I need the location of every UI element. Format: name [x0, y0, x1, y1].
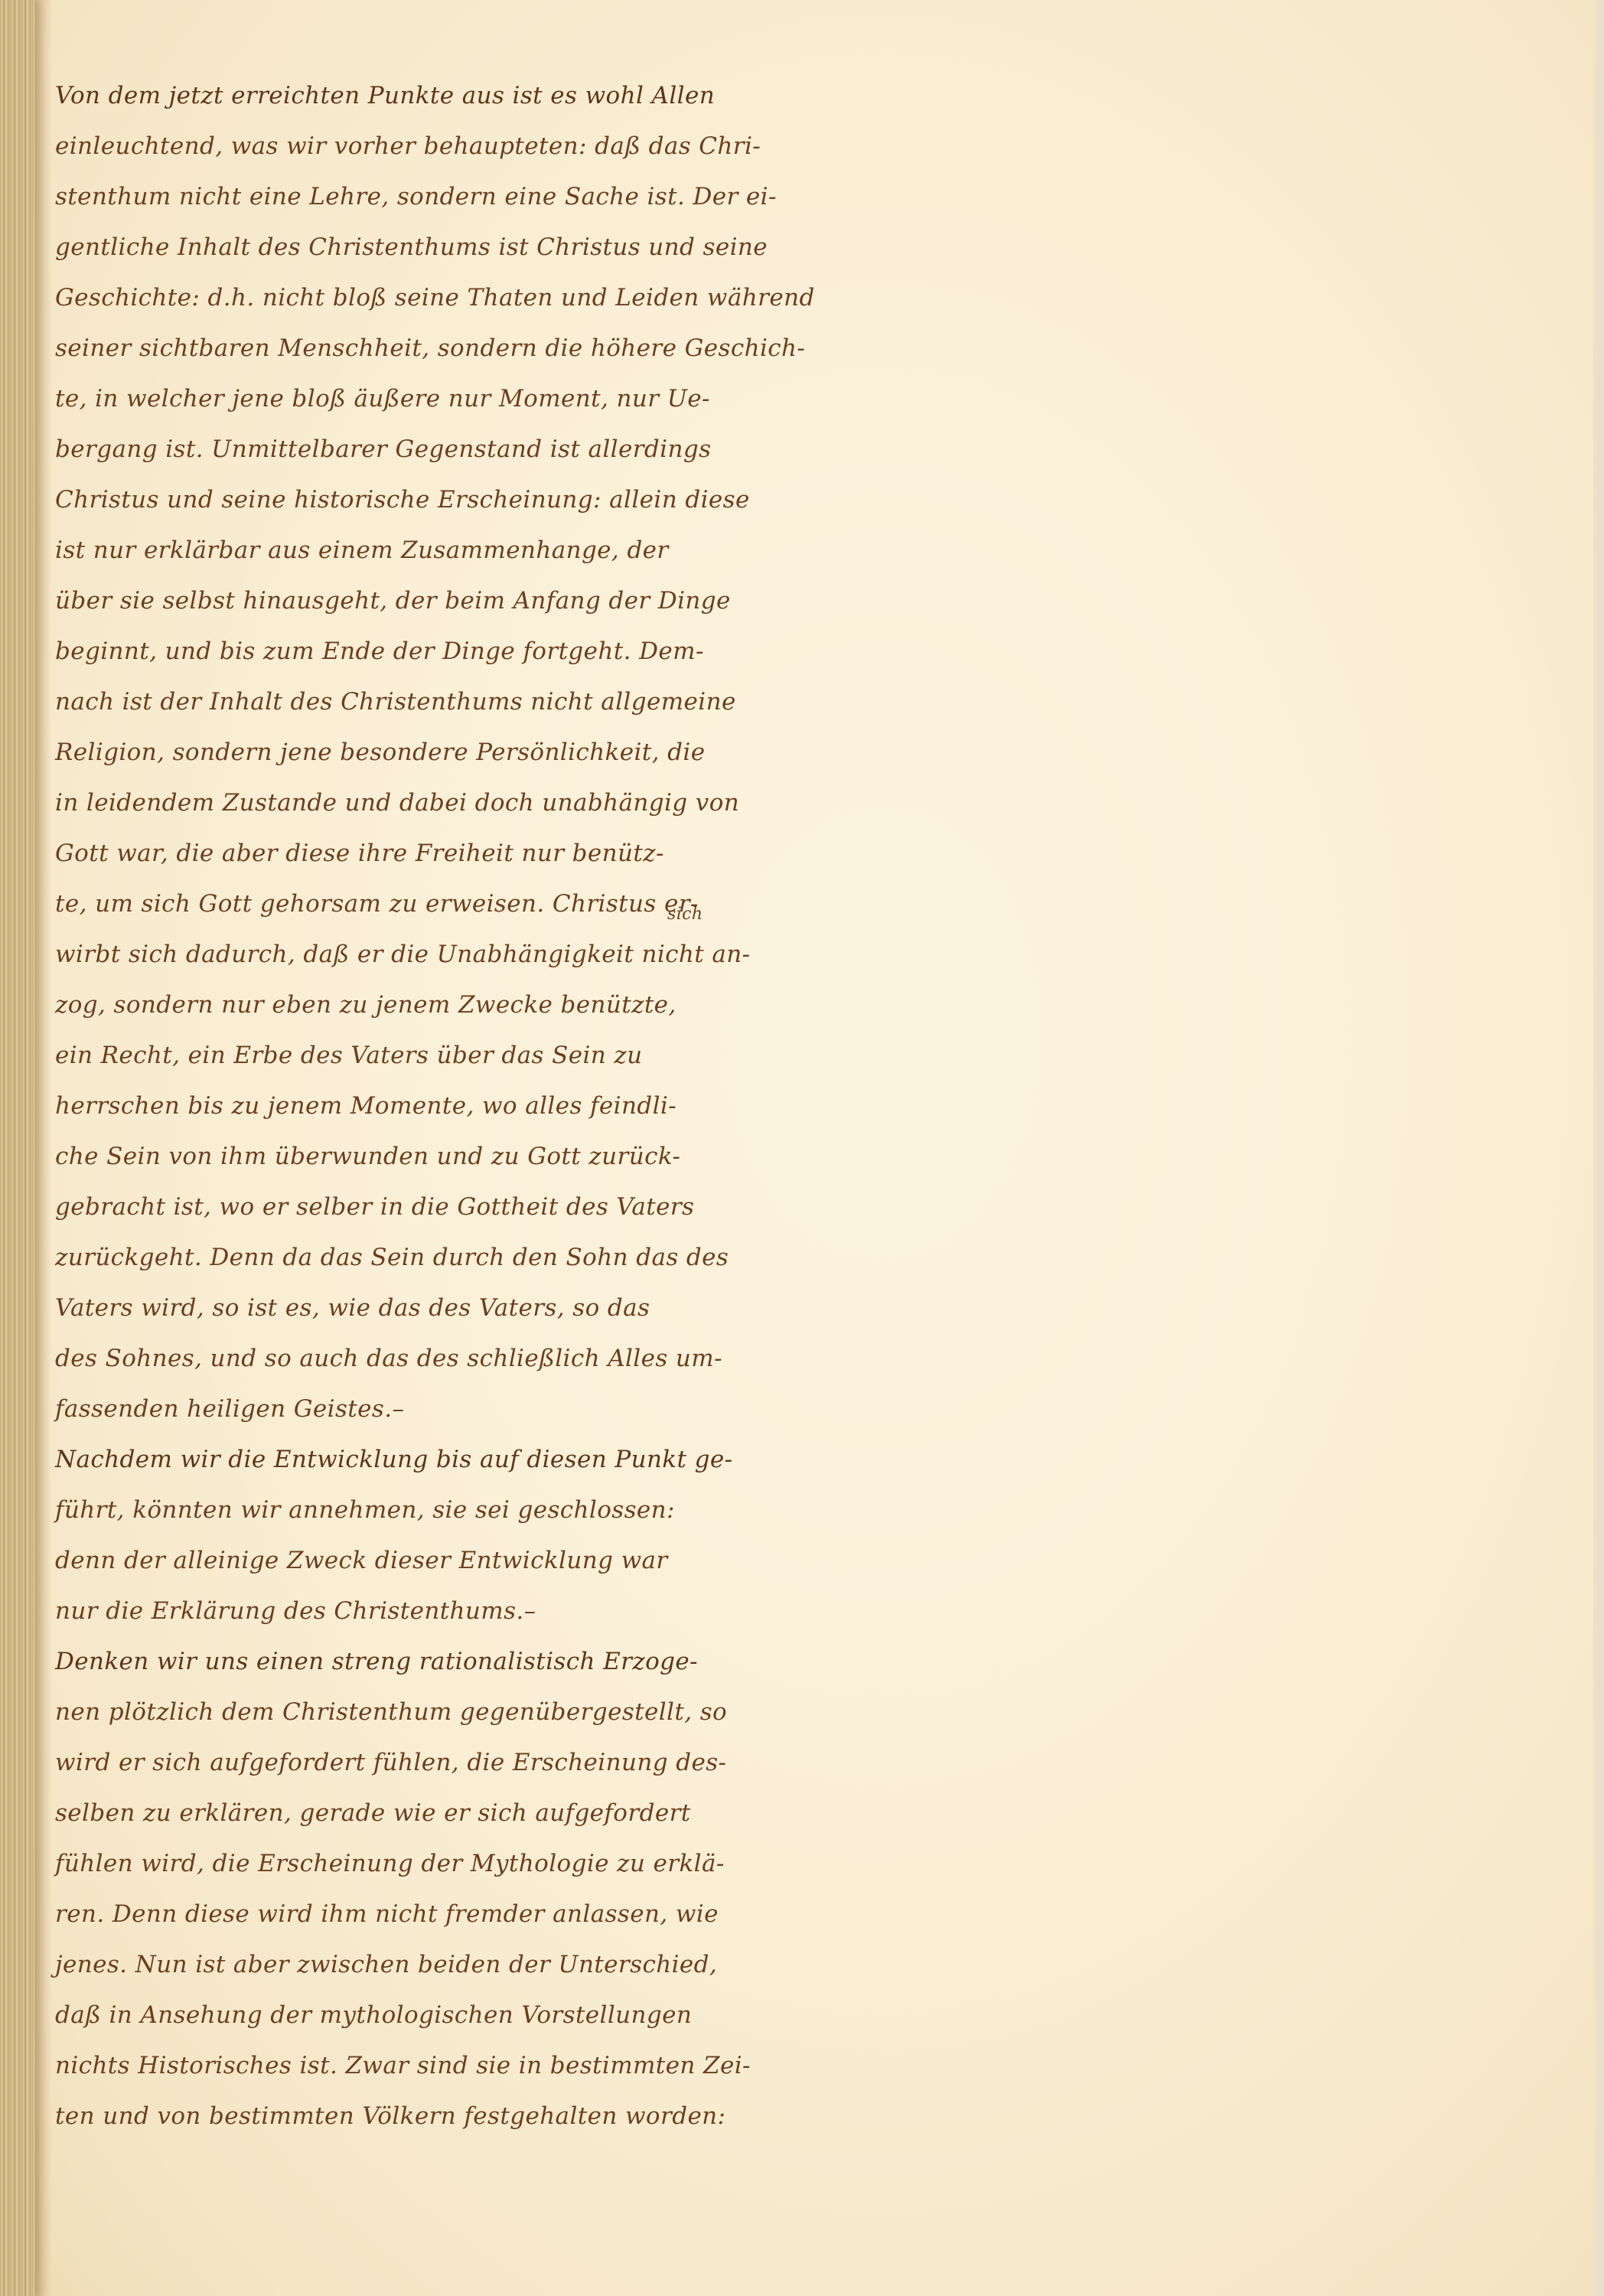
text-line: in leidendem Zustande und dabei doch una…: [55, 778, 897, 828]
interlinear-insertion: sich: [667, 906, 703, 923]
text-line: che Sein von ihm überwunden und zu Gott …: [55, 1131, 897, 1182]
text-line: daß in Ansehung der mythologischen Vorst…: [55, 1990, 897, 2040]
text-line: wird er sich aufgefordert fühlen, die Er…: [55, 1737, 897, 1788]
text-line: Vaters wird, so ist es, wie das des Vate…: [55, 1283, 897, 1333]
text-line: ten und von bestimmten Völkern festgehal…: [55, 2091, 897, 2141]
manuscript-page: Von dem jetzt erreichten Punkte aus ist …: [0, 0, 1604, 2296]
text-line: führt, könnten wir annehmen, sie sei ges…: [55, 1485, 897, 1535]
text-line: Religion, sondern jene besondere Persönl…: [55, 727, 897, 778]
text-line: stenthum nicht eine Lehre, sondern eine …: [55, 171, 897, 222]
text-line: Nachdem wir die Entwicklung bis auf dies…: [55, 1434, 897, 1485]
manuscript-text-block: Von dem jetzt erreichten Punkte aus ist …: [55, 70, 897, 2141]
text-line: seiner sichtbaren Menschheit, sondern di…: [55, 323, 897, 373]
text-line: Christus und seine historische Erscheinu…: [55, 475, 897, 525]
text-line: zurückgeht. Denn da das Sein durch den S…: [55, 1232, 897, 1283]
text-line: zog, sondern nur eben zu jenem Zwecke be…: [55, 980, 897, 1030]
text-line: beginnt, und bis zum Ende der Dinge fort…: [55, 626, 897, 677]
text-line: selben zu erklären, gerade wie er sich a…: [55, 1788, 897, 1838]
text-line: einleuchtend, was wir vorher behaupteten…: [55, 121, 897, 171]
text-line: Geschichte: d.h. nicht bloß seine Thaten…: [55, 272, 897, 323]
text-line: te, in welcher jene bloß äußere nur Mome…: [55, 373, 897, 424]
text-line: des Sohnes, und so auch das des schließl…: [55, 1333, 897, 1384]
paragraph-3: Denken wir uns einen streng rationalisti…: [55, 1636, 897, 2141]
text-line: nur die Erklärung des Christenthums.–: [55, 1586, 897, 1636]
text-line: nach ist der Inhalt des Christenthums ni…: [55, 677, 897, 727]
text-line: bergang ist. Unmittelbarer Gegenstand is…: [55, 424, 897, 475]
text-line-with-insertion: sich wirbt sich dadurch, daß er die Unab…: [55, 929, 897, 980]
text-line: fühlen wird, die Erscheinung der Mytholo…: [55, 1838, 897, 1889]
page-right-edge: [1593, 0, 1604, 2296]
text-line: über sie selbst hinausgeht, der beim Anf…: [55, 576, 897, 626]
text-line: nen plötzlich dem Christenthum gegenüber…: [55, 1687, 897, 1737]
text-line: ist nur erklärbar aus einem Zusammenhang…: [55, 525, 897, 576]
text-line: fassenden heiligen Geistes.–: [55, 1384, 897, 1434]
text-line: herrschen bis zu jenem Momente, wo alles…: [55, 1081, 897, 1131]
text-line: gentliche Inhalt des Christenthums ist C…: [55, 222, 897, 272]
text-line: denn der alleinige Zweck dieser Entwickl…: [55, 1535, 897, 1586]
text-line: gebracht ist, wo er selber in die Gotthe…: [55, 1182, 897, 1232]
paragraph-2: Nachdem wir die Entwicklung bis auf dies…: [55, 1434, 897, 1636]
text-line: Denken wir uns einen streng rationalisti…: [55, 1636, 897, 1687]
book-binding-edge: [0, 0, 35, 2296]
text-line-content: wirbt sich dadurch, daß er die Unabhängi…: [55, 941, 751, 968]
text-line: ein Recht, ein Erbe des Vaters über das …: [55, 1030, 897, 1081]
text-line: jenes. Nun ist aber zwischen beiden der …: [55, 1939, 897, 1990]
text-line: Von dem jetzt erreichten Punkte aus ist …: [55, 70, 897, 121]
text-line: nichts Historisches ist. Zwar sind sie i…: [55, 2040, 897, 2091]
text-line: Gott war, die aber diese ihre Freiheit n…: [55, 828, 897, 879]
text-line: ren. Denn diese wird ihm nicht fremder a…: [55, 1889, 897, 1939]
text-line: te, um sich Gott gehorsam zu erweisen. C…: [55, 879, 897, 929]
paragraph-1: Von dem jetzt erreichten Punkte aus ist …: [55, 70, 897, 1434]
